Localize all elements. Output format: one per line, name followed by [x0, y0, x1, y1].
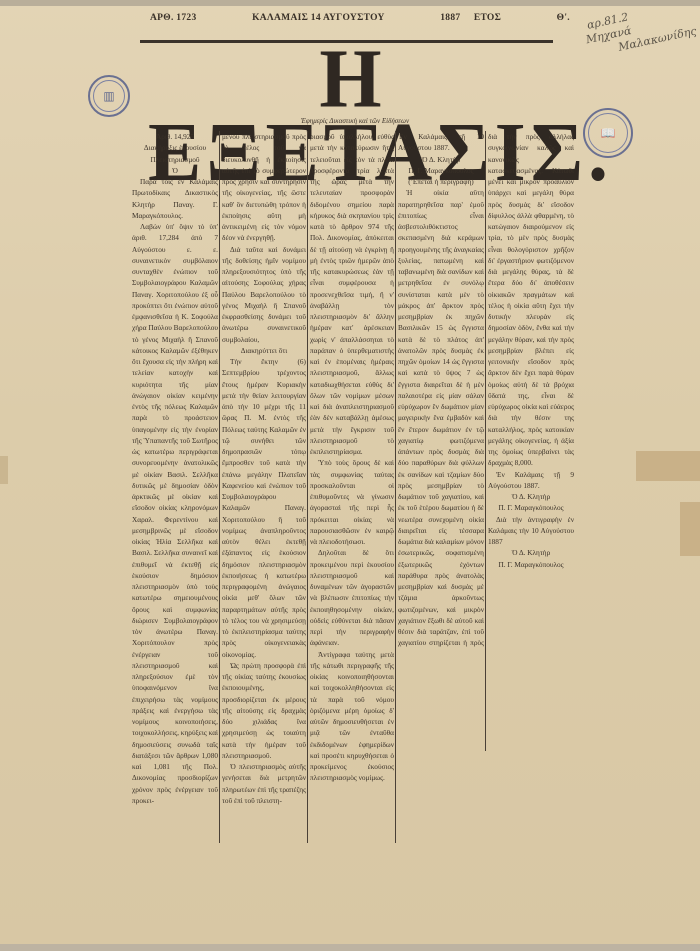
handwritten-annotation: αρ.81.2 Μηχανά Μαλακωνίδης: [582, 0, 698, 61]
newspaper-title: Η ΕΞΕΤΑΣΙΣ.: [148, 42, 558, 116]
article-paragraph: Ἀριθ. 14,925: [132, 131, 218, 142]
newspaper-subtitle: Ἐφημερὶς Δικαστικὴ καὶ τῶν Εἰδήσεων: [240, 117, 470, 125]
place-date: ΚΑΛΑΜΑΙΣ 14 ΑΥΓΟΥΣΤΟΥ: [252, 13, 385, 23]
stamp-ring: [93, 80, 125, 112]
article-paragraph: Τὴν ἕκτην (6) Σεπτεμβρίου τρέχοντος ἔτου…: [222, 356, 306, 660]
year: 1887: [440, 13, 460, 23]
article-paragraph: Ὑπὸ τοὺς ὅρους δὲ καὶ τὰς συμφωνίας ταύτ…: [310, 457, 394, 547]
article-paragraph: διὰ τὴν πρὸς ἀλλήλας συγκοινωνίαν καλῶς …: [488, 131, 574, 469]
article-paragraph: Ὁ: [132, 165, 218, 176]
article-paragraph: Ὁ Δ. Κλητὴρ: [398, 154, 484, 165]
column-divider: [395, 131, 396, 843]
article-paragraph: Ὁ Δ. Κλητὴρ: [488, 491, 574, 502]
article-paragraph: Διακήρυξις ἑκουσίου Πλειστηριασμοῦ: [132, 142, 218, 165]
article-paragraph: Π. Γ. Μαραγκόπουλος: [398, 165, 484, 176]
column-divider: [485, 131, 486, 751]
article-paragraph: Ἀντίγραφα ταύτης μετὰ τῆς κάτωθι περιγρα…: [310, 649, 394, 784]
tape-piece: [636, 451, 700, 481]
article-paragraph: Ὁ πλειστηριασμὸς αὐτῆς γενήσεται διὰ μετ…: [222, 761, 306, 806]
column-5: διὰ τὴν πρὸς ἀλλήλας συγκοινωνίαν καλῶς …: [488, 131, 574, 751]
article-paragraph: Π. Γ. Μαραγκόπουλος: [488, 559, 574, 570]
article-paragraph: Ἐν Καλάμαις τῇ 9 Αὐγούστου 1887.: [488, 469, 574, 492]
article-paragraph: Ὁ Δ. Κλητὴρ: [488, 547, 574, 558]
article-paragraph: Παρὰ τοῖς ἐν Καλάμαις Πρωτοδίκαις Δικαστ…: [132, 176, 218, 221]
column-1: Ἀριθ. 14,925Διακήρυξις ἑκουσίου Πλειστηρ…: [132, 131, 218, 843]
article-paragraph: Διακηρύττει ὅτι: [222, 345, 306, 356]
article-paragraph: Λαβὼν ὑπ' ὄψιν τὸ ὑπ' ἀριθ. 17,284 ἀπὸ 7…: [132, 221, 218, 806]
issue-number: ΑΡΘ. 1723: [150, 13, 197, 23]
scan-border-bottom: [0, 944, 700, 951]
column-divider: [307, 131, 308, 843]
article-paragraph: Διὰ ταῦτα καὶ δυνάμει τῆς δοθείσης ἡμῖν …: [222, 244, 306, 345]
article-paragraph: ριασμοῦ ὑπαλλήλου εὐθὺς μετὰ τὴν κατακύρ…: [310, 131, 394, 457]
article-columns: Ἀριθ. 14,925Διακήρυξις ἑκουσίου Πλειστηρ…: [132, 131, 632, 843]
masthead-info-line: ΑΡΘ. 1723 ΚΑΛΑΜΑΙΣ 14 ΑΥΓΟΥΣΤΟΥ 1887 ΕΤΟ…: [150, 13, 570, 23]
article-paragraph: Δηλοῦται δὲ ὅτι προκειμένου περὶ ἑκουσίο…: [310, 547, 394, 648]
article-paragraph: (Ἕπεται ἡ περιγραφή): [398, 176, 484, 187]
tape-piece: [0, 456, 8, 484]
article-paragraph: Ἐν Καλάμαις τῇ 10 Αὐγούστου 1887.: [398, 131, 484, 154]
article-paragraph: Ὡς πρώτη προσφορὰ ἐπὶ τῆς οἰκίας ταύτης …: [222, 660, 306, 761]
column-3: ριασμοῦ ὑπαλλήλου εὐθὺς μετὰ τὴν κατακύρ…: [310, 131, 394, 843]
volume: Θ'.: [557, 13, 570, 23]
article-paragraph: Διὰ τὴν ἀντιγραφὴν ἐν Καλάμαις τὴν 10 Αὐ…: [488, 514, 574, 548]
scan-border-top: [0, 0, 700, 6]
column-4: Ἐν Καλάμαις τῇ 10 Αὐγούστου 1887.Ὁ Δ. Κλ…: [398, 131, 484, 651]
library-stamp-left: ▥: [88, 75, 130, 117]
article-paragraph: μένου πλειστηριασμοῦ πρὸς τὸ τέλος τοῦ ν…: [222, 131, 306, 244]
column-2: μένου πλειστηριασμοῦ πρὸς τὸ τέλος τοῦ ν…: [222, 131, 306, 843]
article-paragraph: Π. Γ. Μαραγκόπουλος: [488, 502, 574, 513]
article-paragraph: Ἡ οἰκία αὕτη παρατηρηθεῖσα παρ' ἐμοῦ ἐπι…: [398, 187, 484, 651]
newspaper-page: ΑΡΘ. 1723 ΚΑΛΑΜΑΙΣ 14 ΑΥΓΟΥΣΤΟΥ 1887 ΕΤΟ…: [0, 0, 700, 951]
column-divider: [219, 131, 220, 843]
tape-piece: [680, 502, 700, 556]
year-block: 1887 ΕΤΟΣ: [440, 13, 501, 23]
year-label: ΕΤΟΣ: [474, 13, 501, 23]
